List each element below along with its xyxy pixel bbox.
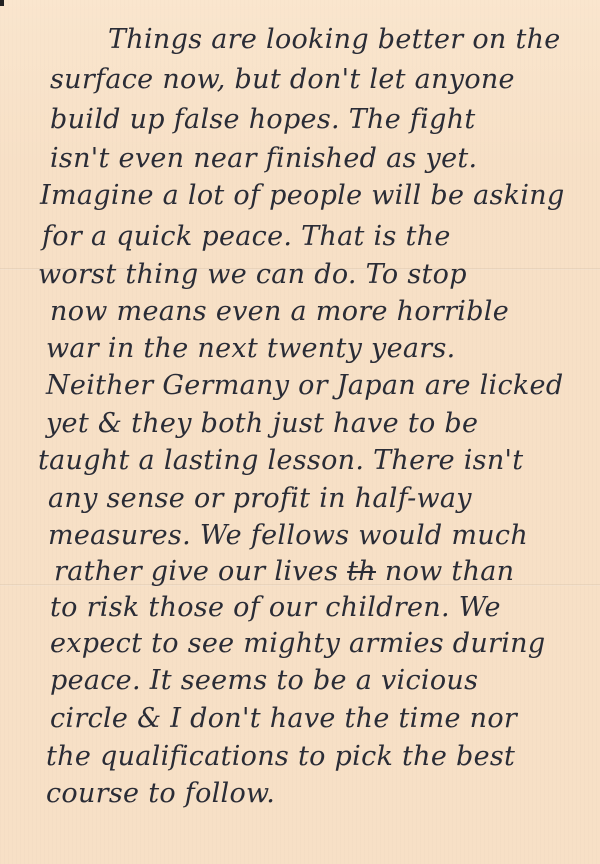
letter-line: Neither Germany or Japan are licked	[46, 370, 563, 401]
letter-page: Things are looking better on the surface…	[0, 0, 600, 864]
letter-line: Imagine a lot of people will be asking	[40, 180, 565, 211]
letter-line: expect to see mighty armies during	[50, 628, 545, 659]
letter-line: measures. We fellows would much	[48, 520, 528, 551]
letter-line: peace. It seems to be a vicious	[50, 665, 478, 696]
letter-line: to risk those of our children. We	[50, 592, 501, 623]
letter-line: for a quick peace. That is the	[42, 221, 451, 252]
letter-line: Things are looking better on the	[108, 24, 561, 55]
letter-line: any sense or profit in half-way	[48, 483, 472, 514]
letter-line: worst thing we can do. To stop	[38, 259, 467, 290]
page-corner-mark	[0, 0, 4, 6]
letter-line: build up false hopes. The fight	[50, 104, 476, 135]
letter-line: surface now, but don't let anyone	[50, 64, 515, 95]
letter-line: taught a lasting lesson. There isn't	[38, 445, 523, 476]
letter-line: course to follow.	[46, 778, 275, 809]
letter-line: the qualifications to pick the best	[46, 741, 515, 772]
letter-line: isn't even near finished as yet.	[50, 143, 477, 174]
letter-line: war in the next twenty years.	[46, 333, 456, 364]
letter-line: yet & they both just have to be	[46, 408, 478, 439]
letter-line: circle & I don't have the time nor	[50, 703, 517, 734]
struck-out-word: th	[347, 556, 376, 587]
letter-line: rather give our lives th now than	[54, 556, 514, 587]
letter-text: now than	[385, 556, 514, 587]
letter-line: now means even a more horrible	[50, 296, 509, 327]
letter-text: rather give our lives	[54, 556, 338, 587]
